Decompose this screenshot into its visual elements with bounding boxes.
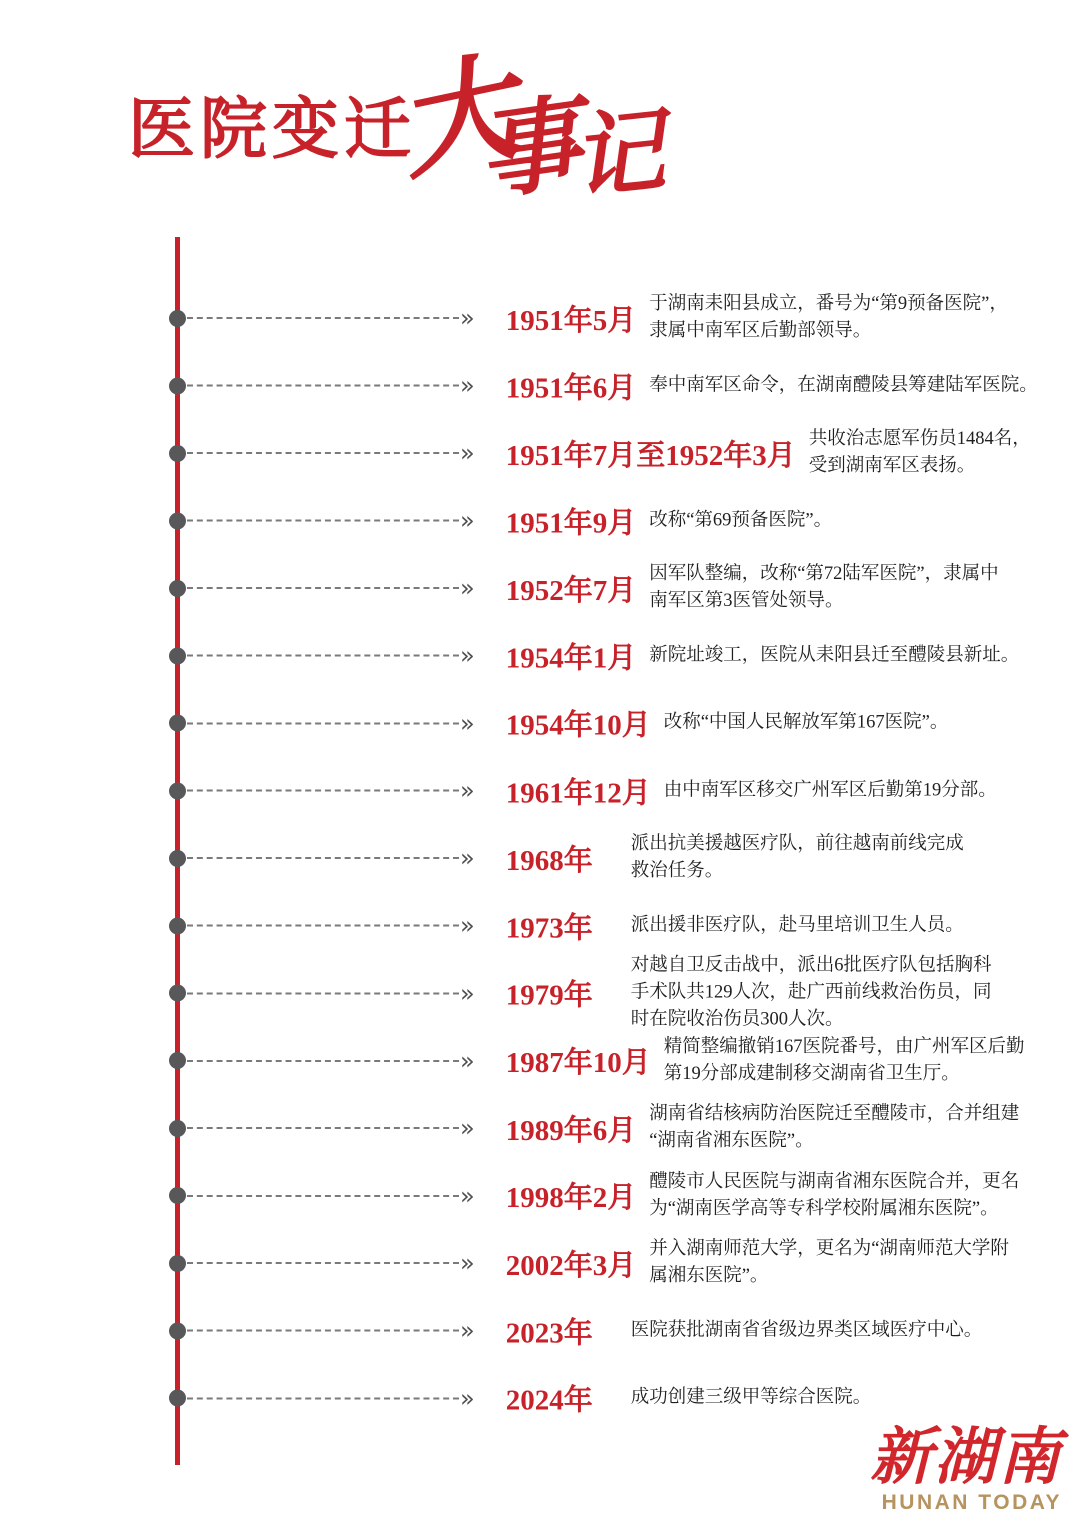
entry-description-line: 手术队共129人次，赴广西前线救治伤员，同 [631,980,992,1007]
entry-date: 1952年7月 [506,568,637,609]
entry-description-line: 新院址竣工，医院从耒阳县迁至醴陵县新址。 [649,642,1019,669]
timeline-dot-icon [169,1052,186,1069]
timeline-dot-icon [169,1255,186,1272]
entry-description: 奉中南军区命令，在湖南醴陵县筹建陆军医院。 [649,372,1038,399]
poster-canvas: 医院变迁 大 事 记 » 1951年5月 于湖南耒阳县成立，番号为“第9预备医院… [0,0,1080,1527]
entry-description: 派出抗美援越医疗队，前往越南前线完成救治任务。 [631,831,964,885]
chevron-right-arrow-icon: » [460,1116,475,1140]
entry-date: 1954年10月 [506,703,651,744]
entry-description: 于湖南耒阳县成立，番号为“第9预备医院”，隶属中南军区后勤部领导。 [649,291,1008,345]
timeline-entry: » 1952年7月 因军队整编，改称“第72陆军医院”，隶属中南军区第3医管处领… [169,561,1049,615]
hunan-today-logo: 新湖南 HUNAN TODAY [870,1424,1062,1515]
entry-date: 1951年7月至1952年3月 [506,433,796,474]
entry-description: 成功创建三级甲等综合医院。 [631,1385,872,1412]
entry-date: 1951年9月 [506,500,637,541]
entry-description: 精简整编撤销167医院番号，由广州军区后勤第19分部成建制移交湖南省卫生厅。 [664,1034,1025,1088]
entry-date: 1951年5月 [506,298,637,339]
entry-description: 由中南军区移交广州军区后勤第19分部。 [664,777,997,804]
entry-date: 2023年 [506,1310,618,1351]
entry-description-line: 改称“第69预备医院”。 [649,507,832,534]
entry-date: 1961年12月 [506,770,651,811]
timeline-dot-icon [169,647,186,664]
chevron-right-arrow-icon: » [460,914,475,938]
timeline-entry: » 1987年10月 精简整编撤销167医院番号，由广州军区后勤第19分部成建制… [169,1034,1049,1088]
entry-description-line: 湖南省结核病防治医院迁至醴陵市，合并组建 [649,1101,1019,1128]
chevron-right-arrow-icon: » [460,306,475,330]
timeline-entry: » 1968年 派出抗美援越医疗队，前往越南前线完成救治任务。 [169,831,1049,885]
dashed-connector [187,385,459,387]
entry-date: 2024年 [506,1378,618,1419]
timeline-entry: » 1951年6月 奉中南军区命令，在湖南醴陵县筹建陆军医院。 [169,365,1049,406]
entry-description-line: 于湖南耒阳县成立，番号为“第9预备医院”， [649,291,1008,318]
title-calligraphy-char-3: 记 [567,103,668,204]
timeline-dot-icon [169,1322,186,1339]
dashed-connector [187,1397,459,1399]
chevron-right-arrow-icon: » [460,441,475,465]
entry-description-line: 南军区第3医管处领导。 [649,588,998,615]
entry-description-line: 醴陵市人民医院与湖南省湘东医院合并，更名 [649,1169,1019,1196]
entry-description: 医院获批湖南省省级边界类区域医疗中心。 [631,1317,983,1344]
entry-description-line: 隶属中南军区后勤部领导。 [649,318,1008,345]
entry-description: 共收治志愿军伤员1484名，受到湖南军区表扬。 [809,426,1031,480]
entry-description-line: 救治任务。 [631,858,964,885]
chevron-right-arrow-icon: » [460,846,475,870]
timeline-dot-icon [169,782,186,799]
timeline-entry: » 1979年 对越自卫反击战中，派出6批医疗队包括胸科手术队共129人次，赴广… [169,953,1049,1034]
entry-description-line: 精简整编撤销167医院番号，由广州军区后勤 [664,1034,1025,1061]
dashed-connector [187,790,459,792]
timeline-entry: » 2024年 成功创建三级甲等综合医院。 [169,1378,1049,1419]
dashed-connector [187,1127,459,1129]
entry-description: 并入湖南师范大学，更名为“湖南师范大学附属湘东医院”。 [649,1236,1009,1290]
chevron-right-arrow-icon: » [460,374,475,398]
entry-date: 1954年1月 [506,635,637,676]
entry-description-line: 第19分部成建制移交湖南省卫生厅。 [664,1061,1025,1088]
timeline-entry: » 1961年12月 由中南军区移交广州军区后勤第19分部。 [169,770,1049,811]
timeline-dot-icon [169,1120,186,1137]
timeline-entry: » 1998年2月 醴陵市人民医院与湖南省湘东医院合并，更名为“湖南医学高等专科… [169,1169,1049,1223]
dashed-connector [187,520,459,522]
chevron-right-arrow-icon: » [460,1049,475,1073]
entry-date: 1973年 [506,905,618,946]
entry-description-line: 改称“中国人民解放军第167医院”。 [664,710,949,737]
entry-description-line: 成功创建三级甲等综合医院。 [631,1385,872,1412]
timeline-entry: » 2002年3月 并入湖南师范大学，更名为“湖南师范大学附属湘东医院”。 [169,1236,1049,1290]
entry-description-line: 并入湖南师范大学，更名为“湖南师范大学附 [649,1236,1009,1263]
dashed-connector [187,1262,459,1264]
timeline-dot-icon [169,580,186,597]
timeline-dot-icon [169,377,186,394]
entry-description-line: 属湘东医院”。 [649,1263,1009,1290]
entry-date: 1979年 [506,973,618,1014]
chevron-right-arrow-icon: » [460,644,475,668]
logo-tagline-text: HUNAN TODAY [870,1491,1062,1515]
timeline-dot-icon [169,1390,186,1407]
entry-description-line: 受到湖南军区表扬。 [809,453,1031,480]
dashed-connector [187,1195,459,1197]
timeline-dot-icon [169,1187,186,1204]
timeline-dot-icon [169,445,186,462]
dashed-connector [187,857,459,859]
dashed-connector [187,317,459,319]
dashed-connector [187,992,459,994]
chevron-right-arrow-icon: » [460,1251,475,1275]
timeline-entry: » 1951年5月 于湖南耒阳县成立，番号为“第9预备医院”，隶属中南军区后勤部… [169,291,1049,345]
entry-date: 1998年2月 [506,1175,637,1216]
entry-description-line: 派出援非医疗队，赴马里培训卫生人员。 [631,912,964,939]
timeline-dot-icon [169,715,186,732]
chevron-right-arrow-icon: » [460,1184,475,1208]
logo-brand-text: 新湖南 [870,1424,1062,1489]
entry-description-line: 医院获批湖南省省级边界类区域医疗中心。 [631,1317,983,1344]
timeline-entry: » 1951年9月 改称“第69预备医院”。 [169,500,1049,541]
entry-description-line: 因军队整编，改称“第72陆军医院”，隶属中 [649,561,998,588]
chevron-right-arrow-icon: » [460,1386,475,1410]
entry-description-line: 共收治志愿军伤员1484名， [809,426,1031,453]
chevron-right-arrow-icon: » [460,779,475,803]
entry-description-line: 由中南军区移交广州军区后勤第19分部。 [664,777,997,804]
entry-description-line: 对越自卫反击战中，派出6批医疗队包括胸科 [631,953,992,980]
chevron-right-arrow-icon: » [460,711,475,735]
timeline-dot-icon [169,985,186,1002]
entry-date: 2002年3月 [506,1243,637,1284]
entry-description: 新院址竣工，医院从耒阳县迁至醴陵县新址。 [649,642,1019,669]
timeline-dot-icon [169,310,186,327]
dashed-connector [187,722,459,724]
entry-date: 1951年6月 [506,365,637,406]
timeline-entry: » 1951年7月至1952年3月 共收治志愿军伤员1484名，受到湖南军区表扬… [169,426,1049,480]
entry-description-line: “湖南省湘东医院”。 [649,1128,1019,1155]
entry-description: 因军队整编，改称“第72陆军医院”，隶属中南军区第3医管处领导。 [649,561,998,615]
chevron-right-arrow-icon: » [460,576,475,600]
dashed-connector [187,452,459,454]
timeline-dot-icon [169,512,186,529]
entry-description-line: 派出抗美援越医疗队，前往越南前线完成 [631,831,964,858]
entry-description: 湖南省结核病防治医院迁至醴陵市，合并组建“湖南省湘东医院”。 [649,1101,1019,1155]
entry-description: 醴陵市人民医院与湖南省湘东医院合并，更名为“湖南医学高等专科学校附属湘东医院”。 [649,1169,1019,1223]
timeline-dot-icon [169,850,186,867]
entry-date: 1968年 [506,838,618,879]
entry-description: 对越自卫反击战中，派出6批医疗队包括胸科手术队共129人次，赴广西前线救治伤员，… [631,953,992,1034]
dashed-connector [187,1330,459,1332]
entry-date: 1987年10月 [506,1040,651,1081]
entry-description: 派出援非医疗队，赴马里培训卫生人员。 [631,912,964,939]
dashed-connector [187,587,459,589]
timeline-entry: » 1973年 派出援非医疗队，赴马里培训卫生人员。 [169,905,1049,946]
entry-description-line: 为“湖南医学高等专科学校附属湘东医院”。 [649,1196,1019,1223]
entry-description: 改称“第69预备医院”。 [649,507,832,534]
timeline-entry: » 1954年10月 改称“中国人民解放军第167医院”。 [169,703,1049,744]
page-title: 医院变迁 [128,76,416,172]
dashed-connector [187,925,459,927]
timeline-entry: » 2023年 医院获批湖南省省级边界类区域医疗中心。 [169,1310,1049,1351]
chevron-right-arrow-icon: » [460,981,475,1005]
chevron-right-arrow-icon: » [460,509,475,533]
entry-date: 1989年6月 [506,1108,637,1149]
timeline-entry: » 1989年6月 湖南省结核病防治医院迁至醴陵市，合并组建“湖南省湘东医院”。 [169,1101,1049,1155]
dashed-connector [187,655,459,657]
timeline-dot-icon [169,917,186,934]
entry-description: 改称“中国人民解放军第167医院”。 [664,710,949,737]
chevron-right-arrow-icon: » [460,1319,475,1343]
entry-description-line: 奉中南军区命令，在湖南醴陵县筹建陆军医院。 [649,372,1038,399]
dashed-connector [187,1060,459,1062]
timeline-entry: » 1954年1月 新院址竣工，医院从耒阳县迁至醴陵县新址。 [169,635,1049,676]
entry-description-line: 时在院收治伤员300人次。 [631,1007,992,1034]
